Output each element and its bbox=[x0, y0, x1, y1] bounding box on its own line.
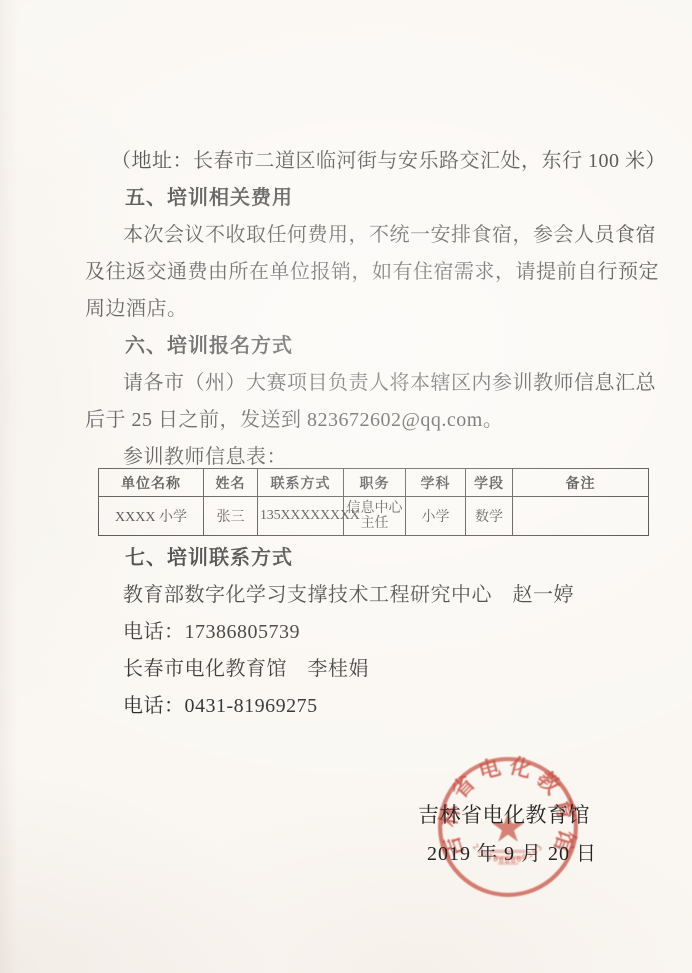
table-data-row: XXXX 小学 张三 135XXXXXXXX 信息中心主任 小学 数学 bbox=[99, 497, 649, 536]
table-header-row: 单位名称 姓名 联系方式 职务 学科 学段 备注 bbox=[99, 469, 649, 497]
table-header-cell: 职务 bbox=[344, 469, 406, 497]
paragraph-line: 请各市（州）大赛项目负责人将本辖区内参训教师信息汇总 bbox=[85, 365, 647, 402]
address-line: （地址：长春市二道区临河街与安乐路交汇处，东行 100 米） bbox=[85, 143, 647, 180]
contact-phone-line: 电话：0431-81969275 bbox=[85, 688, 647, 725]
section-5-heading: 五、培训相关费用 bbox=[85, 180, 647, 217]
contact-org-line: 长春市电化教育馆 李桂娟 bbox=[85, 651, 647, 688]
table-header-cell: 备注 bbox=[513, 469, 649, 497]
participant-info-table: 单位名称 姓名 联系方式 职务 学科 学段 备注 XXXX 小学 张三 135X… bbox=[98, 468, 649, 536]
table-cell-subject: 小学 bbox=[406, 497, 466, 536]
table-header-cell: 联系方式 bbox=[258, 469, 344, 497]
table-header-cell: 学科 bbox=[406, 469, 466, 497]
table-header-cell: 单位名称 bbox=[99, 469, 204, 497]
section-6-heading: 六、培训报名方式 bbox=[85, 328, 647, 365]
signature-date: 2019 年 9 月 20 日 bbox=[427, 837, 597, 866]
table-header-cell: 学段 bbox=[466, 469, 513, 497]
contact-org-line: 教育部数字化学习支撑技术工程研究中心 赵一婷 bbox=[85, 577, 647, 614]
table-cell-remark bbox=[513, 497, 649, 536]
section-address-and-fees: （地址：长春市二道区临河街与安乐路交汇处，东行 100 米） 五、培训相关费用 … bbox=[85, 143, 647, 328]
table-header-cell: 姓名 bbox=[204, 469, 258, 497]
signature-organization: 吉林省电化教育馆 bbox=[418, 799, 590, 829]
paragraph-line: 及往返交通费由所在单位报销，如有住宿需求，请提前自行预定 bbox=[85, 254, 647, 291]
paragraph-line: 周边酒店。 bbox=[85, 291, 647, 328]
contact-phone-line: 电话：17386805739 bbox=[85, 614, 647, 651]
section-7-heading: 七、培训联系方式 bbox=[85, 540, 647, 577]
section-contacts: 七、培训联系方式 教育部数字化学习支撑技术工程研究中心 赵一婷 电话：17386… bbox=[85, 540, 647, 725]
table-cell-phone: 135XXXXXXXX bbox=[258, 497, 344, 536]
paragraph-line: 后于 25 日之前，发送到 823672602@qq.com。 bbox=[85, 402, 647, 439]
scanned-document-page: （地址：长春市二道区临河街与安乐路交汇处，东行 100 米） 五、培训相关费用 … bbox=[0, 0, 692, 973]
section-registration: 六、培训报名方式 请各市（州）大赛项目负责人将本辖区内参训教师信息汇总 后于 2… bbox=[85, 328, 647, 476]
table-cell-stage: 数学 bbox=[466, 497, 513, 536]
table-cell-name: 张三 bbox=[204, 497, 258, 536]
table-cell-unit: XXXX 小学 bbox=[99, 497, 204, 536]
paragraph-line: 本次会议不收取任何费用，不统一安排食宿，参会人员食宿 bbox=[85, 217, 647, 254]
